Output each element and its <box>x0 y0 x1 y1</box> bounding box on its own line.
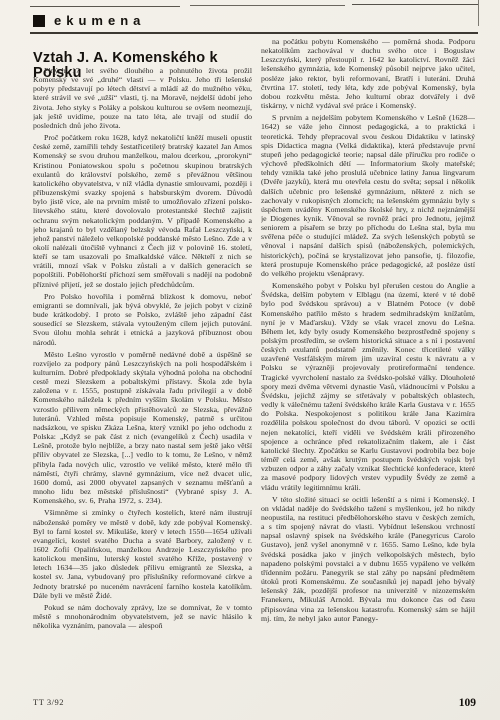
paragraph: Město Lešno vyrostlo v poměrně nedávné d… <box>33 350 252 506</box>
scan-edge-artifact <box>478 0 479 26</box>
paragraph: na počátku pobytu Komenského — poměrná s… <box>261 37 475 110</box>
paragraph: Všimněme si zmínky o čtyřech kostelích, … <box>33 508 252 600</box>
section-header: ekumena <box>33 13 145 28</box>
paragraph: V této složité situaci se ocitli lešenšt… <box>261 495 475 623</box>
paragraph: Pro Polsko hovořila i poměrná blízkost k… <box>33 292 252 347</box>
text-column-left: Plných 17 let svého dlouhého a pohnutého… <box>33 66 252 678</box>
paragraph: Proč počátkem roku 1628, když nekatoličt… <box>33 133 252 289</box>
paragraph: S prvním a nejdelším pobytem Komenského … <box>261 113 475 278</box>
header-rule <box>30 32 478 34</box>
paragraph: Pokud se nám dochovaly zprávy, lze se do… <box>33 603 252 630</box>
paragraph: Komenského pobyt v Polsku byl přerušen c… <box>261 281 475 492</box>
top-rule-segment <box>352 4 478 5</box>
paragraph: Plných 17 let svého dlouhého a pohnutého… <box>33 66 252 130</box>
page-number: 109 <box>459 697 476 709</box>
text-column-right: na počátku pobytu Komenského — poměrná s… <box>261 37 475 677</box>
section-square-icon <box>33 15 45 27</box>
section-label: ekumena <box>54 13 145 28</box>
top-rule-segment <box>30 6 180 7</box>
journal-page: ekumena Vztah J. A. Komenského k Polsku … <box>0 0 500 720</box>
issue-label: TT 3/92 <box>33 697 64 707</box>
top-rule-segment <box>190 5 345 6</box>
